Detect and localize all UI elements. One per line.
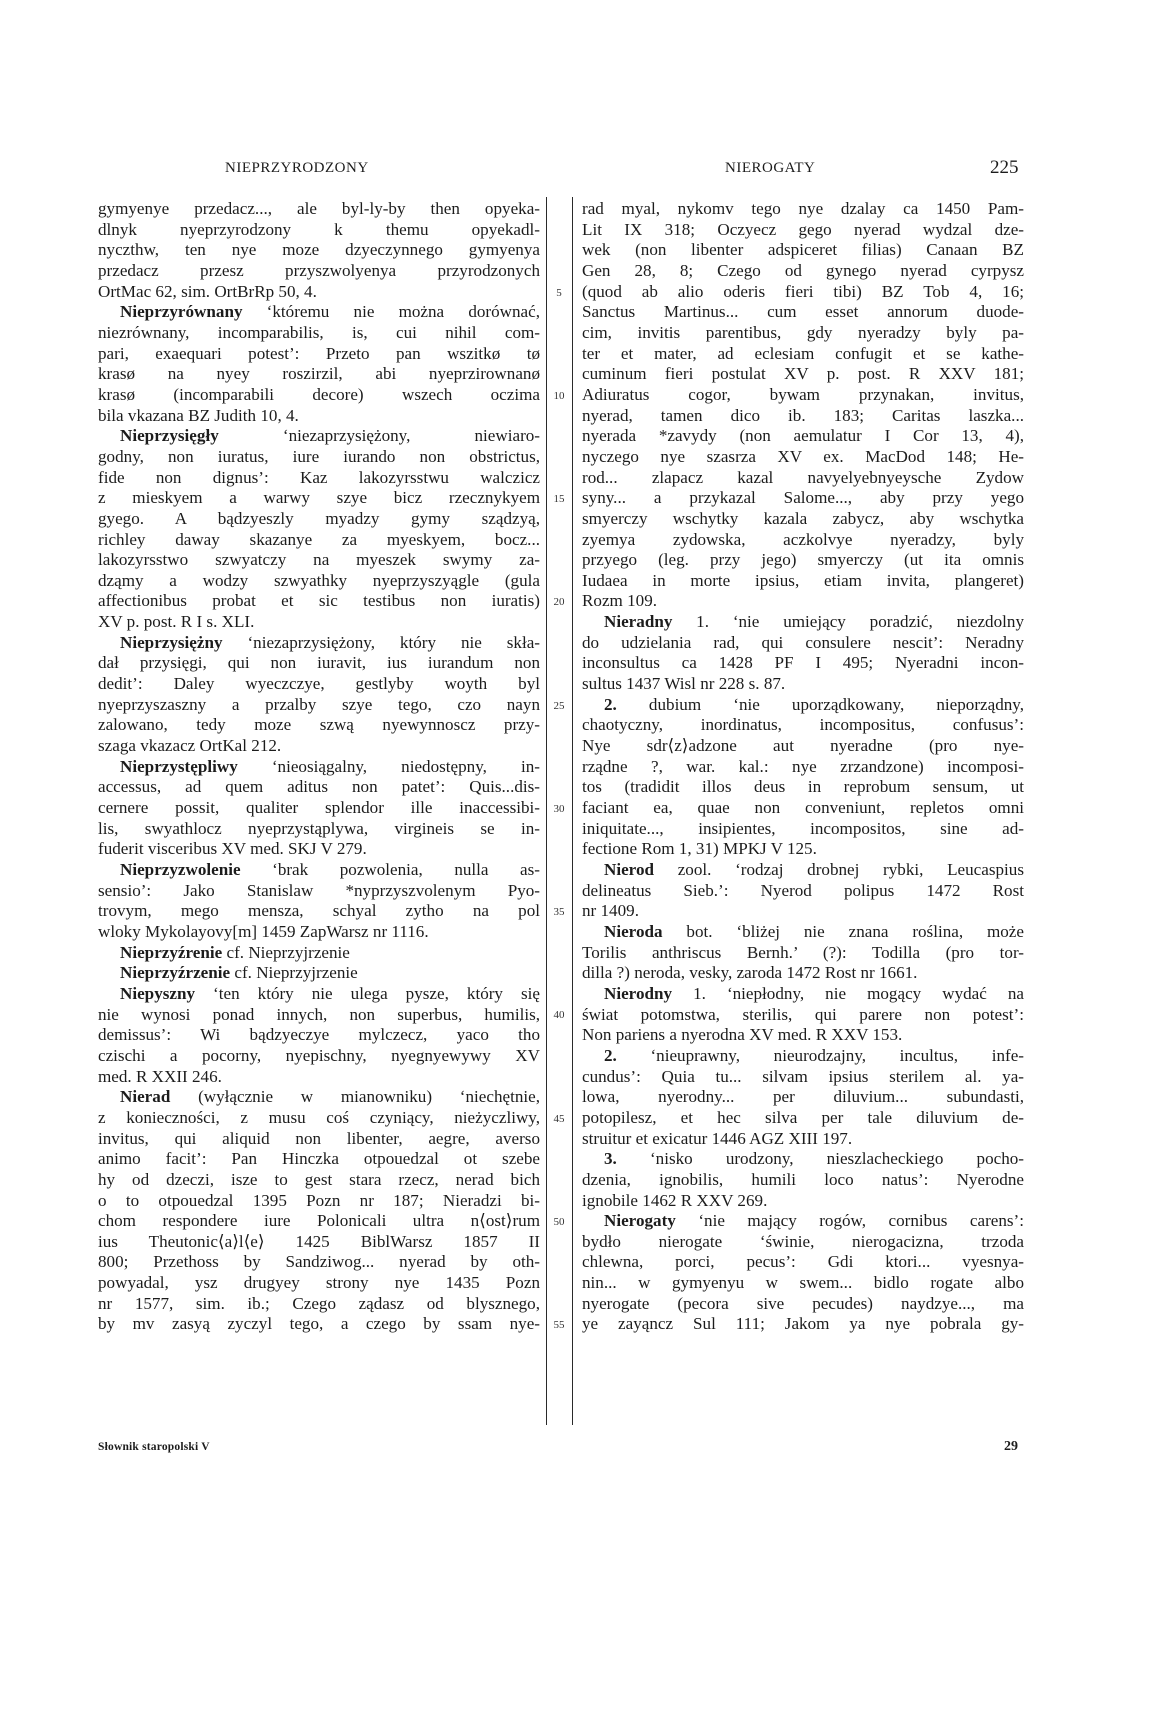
text-line: czischi a pocorny, nyepischny, nyegnyewy… <box>98 1046 540 1067</box>
sense-number: 2. <box>604 695 617 714</box>
text-line: Lit IX 318; Oczyecz gego nyerad wydzal d… <box>582 220 1024 241</box>
text-line: zyemya zydowska, aczkolvye nyeradzy, byl… <box>582 530 1024 551</box>
text-line: med. R XXII 246. <box>98 1067 540 1088</box>
text-line: rad myal, nykomv tego nye dzalay ca 1450… <box>582 199 1024 220</box>
column-rule-left <box>546 197 547 1425</box>
text-line: chaotyczny, inordinatus, incompositus, c… <box>582 715 1024 736</box>
headword: Nieprzystępliwy <box>120 757 238 776</box>
text-line: nyerad, tamen dico ib. 183; Caritas lasz… <box>582 406 1024 427</box>
text-line: lowa, nyerodny... per diluvium... subund… <box>582 1087 1024 1108</box>
text-line: Nierod zool. ‘rodzaj drobnej rybki, Leuc… <box>582 860 1024 881</box>
text-line: Nieprzyźrzenie cf. Nieprzyjrzenie <box>98 963 540 984</box>
text-line: animo facit’: Pan Hinczka otpouedzal ot … <box>98 1149 540 1170</box>
text-line: nyczthw, ten nye moze dzyeczynnego gymye… <box>98 240 540 261</box>
text-line: cim, invitis parentibus, gdy nyeradzy by… <box>582 323 1024 344</box>
text-line: niezrównany, incomparabilis, is, cui nih… <box>98 323 540 344</box>
text-line: nin... w gymyenyu w swem... bidlo rogate… <box>582 1273 1024 1294</box>
text-line: smyerczy wschytky kazala zabycz, aby wsc… <box>582 509 1024 530</box>
headword: Nierogaty <box>604 1211 676 1230</box>
line-number: 10 <box>548 390 570 402</box>
text-line: accessus, ad quem aditus non patet’: Qui… <box>98 777 540 798</box>
text-line: 800; Przethoss by Sandziwog... nyerad by… <box>98 1252 540 1273</box>
line-number: 50 <box>548 1216 570 1228</box>
text-line: fide non dignus’: Kaz lakozyrsstwu walcz… <box>98 468 540 489</box>
text-line: struitur et exicatur 1446 AGZ XIII 197. <box>582 1129 1024 1150</box>
text-line: chom respondere iure Polonicali ultra n⟨… <box>98 1211 540 1232</box>
text-line: 2. ‘nieuprawny, nieurodzajny, incultus, … <box>582 1046 1024 1067</box>
text-line: Nieprzysiężny ‘niezaprzysiężony, który n… <box>98 633 540 654</box>
text-line: Iudaea in morte ipsius, etiam invita, pl… <box>582 571 1024 592</box>
text-line: krasø (incomparabili decore) wszech oczi… <box>98 385 540 406</box>
text-line: dilla ?) neroda, vesky, zaroda 1472 Rost… <box>582 963 1024 984</box>
text-line: bila vkazana BZ Judith 10, 4. <box>98 406 540 427</box>
headword: Nieprzyrównany <box>120 302 243 321</box>
text-line: 2. dubium ‘nie uporządkowany, nieporządn… <box>582 695 1024 716</box>
text-line: dlnyk nyeprzyrodzony k themu opyekadl- <box>98 220 540 241</box>
headword: Niepyszny <box>120 984 195 1003</box>
line-number: 20 <box>548 596 570 608</box>
headword: Nieprzysięgły <box>120 426 219 445</box>
text-line: z konieczności, z musu coś czyniący, nie… <box>98 1108 540 1129</box>
text-line: Sanctus Martinus... cum esset annorum du… <box>582 302 1024 323</box>
text-line: lakozyrsstwo szwyatczy na myeszek swymy … <box>98 550 540 571</box>
text-line: cernere possit, qualiter splendor ille i… <box>98 798 540 819</box>
text-line: Niepyszny ‘ten który nie ulega pysze, kt… <box>98 984 540 1005</box>
headword: Nieprzyzwolenie <box>120 860 241 879</box>
text-line: iniquitate..., insipientes, incompositos… <box>582 819 1024 840</box>
text-line: chlewna, porci, pecus’: Gdi ktori... vye… <box>582 1252 1024 1273</box>
text-line: cuminum fieri postulat XV p. post. R XXV… <box>582 364 1024 385</box>
text-line: Nieprzysięgły ‘niezaprzysiężony, niewiar… <box>98 426 540 447</box>
headword: Nierad <box>120 1087 170 1106</box>
text-line: nyeprzyszaszny a przalby szye tego, czo … <box>98 695 540 716</box>
line-number: 45 <box>548 1113 570 1125</box>
text-line: dząmy a wodzy szwyathky nyeprzyszyągle (… <box>98 571 540 592</box>
headword: Nierod <box>604 860 654 879</box>
text-line: nyerada *zavydy (non aemulatur I Cor 13,… <box>582 426 1024 447</box>
text-line: cundus’: Quia tu... silvam ipsius steril… <box>582 1067 1024 1088</box>
text-line: ye zayąncz Sul 111; Jakom ya nye pobrala… <box>582 1314 1024 1335</box>
text-line: richley daway skazanye za myeskyem, bocz… <box>98 530 540 551</box>
text-line: fuderit visceribus XV med. SKJ V 279. <box>98 839 540 860</box>
sense-number: 2. <box>604 1046 617 1065</box>
text-line: trovym, mego mensza, schyal zytho na pol <box>98 901 540 922</box>
text-line: Rozm 109. <box>582 591 1024 612</box>
running-head-right: NIEROGATY <box>725 160 815 177</box>
text-line: Nieprzyźrenie cf. Nieprzyjrzenie <box>98 943 540 964</box>
text-line: szaga vkazacz OrtKal 212. <box>98 736 540 757</box>
text-line: rządne ?, war. kal.: nye zrzandzone) inc… <box>582 757 1024 778</box>
line-number: 25 <box>548 700 570 712</box>
text-line: o to otpouedzal 1395 Pozn nr 187; Nierad… <box>98 1191 540 1212</box>
headword: Nieroda <box>604 922 663 941</box>
text-line: inconsultus ca 1428 PF I 495; Nyeradni i… <box>582 653 1024 674</box>
right-column: rad myal, nykomv tego nye dzalay ca 1450… <box>582 199 1024 1335</box>
page-number: 225 <box>990 157 1019 179</box>
text-line: fectione Rom 1, 31) MPKJ V 125. <box>582 839 1024 860</box>
text-line: przedacz przesz przyszwolyenya przyrodzo… <box>98 261 540 282</box>
text-line: lis, swyathlocz nyeprzystąplywa, virgine… <box>98 819 540 840</box>
text-line: sensio’: Jako Stanislaw *nyprzyszvolenym… <box>98 881 540 902</box>
text-line: Nieprzyrównany ‘któremu nie można dorówn… <box>98 302 540 323</box>
text-line: affectionibus probat et sic testibus non… <box>98 591 540 612</box>
text-line: z mieskyem a warwy szye bicz rzecznykyem <box>98 488 540 509</box>
text-line: świat potomstwa, sterilis, qui parere no… <box>582 1005 1024 1026</box>
text-line: Non pariens a nyerodna XV med. R XXV 153… <box>582 1025 1024 1046</box>
text-line: przyego (leg. przy jego) smyerczy (ut it… <box>582 550 1024 571</box>
text-line: gyego. A bądzyeszly myadzy gymy sządzyą, <box>98 509 540 530</box>
text-line: wek (non libenter adspiceret filias) Can… <box>582 240 1024 261</box>
text-line: pari, exaequari potest’: Przeto pan wszi… <box>98 344 540 365</box>
footer-imprint: Słownik staropolski V <box>98 1441 210 1453</box>
text-line: Nye sdr⟨z⟩adzone aut nyeradne (pro nye- <box>582 736 1024 757</box>
headword: Nieprzyźrzenie <box>120 963 230 982</box>
headword: Nieprzyźrenie <box>120 943 222 962</box>
text-line: Adiuratus cogor, bywam przynakan, invitu… <box>582 385 1024 406</box>
text-line: zalowano, tedy moze szwą nyewynnoscz prz… <box>98 715 540 736</box>
text-line: Nierodny 1. ‘niepłodny, nie mogący wydać… <box>582 984 1024 1005</box>
line-number: 5 <box>548 287 570 299</box>
text-line: Nieprzystępliwy ‘nieosiągalny, niedostęp… <box>98 757 540 778</box>
text-line: do udzielania rad, qui consulere nescit’… <box>582 633 1024 654</box>
text-line: bydło nierogate ‘świnie, nierogacizna, t… <box>582 1232 1024 1253</box>
column-rule-right <box>572 197 573 1425</box>
text-line: faciant ea, quae non conveniunt, repleto… <box>582 798 1024 819</box>
text-line: Nierogaty ‘nie mający rogów, cornibus ca… <box>582 1211 1024 1232</box>
text-line: gymyenye przedacz..., ale byl-ly-by then… <box>98 199 540 220</box>
text-line: nie wynosi ponad innych, non superbus, h… <box>98 1005 540 1026</box>
line-number: 15 <box>548 493 570 505</box>
text-line: wloky Mykolayovy[m] 1459 ZapWarsz nr 111… <box>98 922 540 943</box>
text-line: delineatus Sieb.’: Nyerod polipus 1472 R… <box>582 881 1024 902</box>
text-line: Torilis anthriscus Bernh.’ (?): Todilla … <box>582 943 1024 964</box>
text-line: powyadal, ysz drugyey strony nye 1435 Po… <box>98 1273 540 1294</box>
text-line: XV p. post. R I s. XLI. <box>98 612 540 633</box>
text-line: Nieroda bot. ‘bliżej nie znana roślina, … <box>582 922 1024 943</box>
text-line: Nieradny 1. ‘nie umiejący poradzić, niez… <box>582 612 1024 633</box>
line-number: 55 <box>548 1319 570 1331</box>
text-line: krasø na nyey roszirzil, abi nyeprzirown… <box>98 364 540 385</box>
text-line: demissus’: Wi bądzyeczye mylczecz, yaco … <box>98 1025 540 1046</box>
text-line: ignobile 1462 R XXV 269. <box>582 1191 1024 1212</box>
text-line: ter et mater, ad eclesiam confugit et se… <box>582 344 1024 365</box>
text-line: ius Theutonic⟨a⟩l⟨e⟩ 1425 BiblWarsz 1857… <box>98 1232 540 1253</box>
text-line: hy od dzeczi, isze to gest stara rzecz, … <box>98 1170 540 1191</box>
text-line: sultus 1437 Wisl nr 228 s. 87. <box>582 674 1024 695</box>
text-line: OrtMac 62, sim. OrtBrRp 50, 4. <box>98 282 540 303</box>
text-line: (quod ab alio oderis fieri tibi) BZ Tob … <box>582 282 1024 303</box>
headword: Nieradny <box>604 612 672 631</box>
text-line: dedit’: Daley wyeczczye, gestlyby woyth … <box>98 674 540 695</box>
sense-number: 3. <box>604 1149 617 1168</box>
text-line: nyerogate (pecora sive pecudes) naydzye.… <box>582 1294 1024 1315</box>
text-line: nr 1409. <box>582 901 1024 922</box>
text-line: Nierad (wyłącznie w mianowniku) ‘niechęt… <box>98 1087 540 1108</box>
line-number: 30 <box>548 803 570 815</box>
headword: Nieprzysiężny <box>120 633 223 652</box>
text-line: 3. ‘nisko urodzony, nieszlacheckiego poc… <box>582 1149 1024 1170</box>
text-line: dał przysięgi, qui non iuravit, ius iura… <box>98 653 540 674</box>
text-line: Gen 28, 8; Czego od gynego nyerad cyrpys… <box>582 261 1024 282</box>
text-line: by mv zasyą zyczyl tego, a czego by ssam… <box>98 1314 540 1335</box>
text-line: godny, non iuratus, iure iurando non obs… <box>98 447 540 468</box>
text-line: potopilesz, et hec silva per tale diluvi… <box>582 1108 1024 1129</box>
text-line: invitus, qui aliquid non libenter, aegre… <box>98 1129 540 1150</box>
line-number: 35 <box>548 906 570 918</box>
text-line: nr 1577, sim. ib.; Czego ządasz od blysz… <box>98 1294 540 1315</box>
left-column: gymyenye przedacz..., ale byl-ly-by then… <box>98 199 540 1335</box>
text-line: nyczego nye szasrza XV ex. MacDod 148; H… <box>582 447 1024 468</box>
text-line: Nieprzyzwolenie ‘brak pozwolenia, nulla … <box>98 860 540 881</box>
footer-signature: 29 <box>1004 1439 1018 1455</box>
line-number: 40 <box>548 1009 570 1021</box>
text-line: dzenia, ignobilis, humili loco natus’: N… <box>582 1170 1024 1191</box>
text-line: rod... zlapacz kazal navyelyebnyeysche Z… <box>582 468 1024 489</box>
running-head-left: NIEPRZYRODZONY <box>225 160 369 177</box>
text-line: tos (tradidit illos deus in reprobum sen… <box>582 777 1024 798</box>
headword: Nierodny <box>604 984 672 1003</box>
text-line: syny... a przykazal Salome..., aby przy … <box>582 488 1024 509</box>
